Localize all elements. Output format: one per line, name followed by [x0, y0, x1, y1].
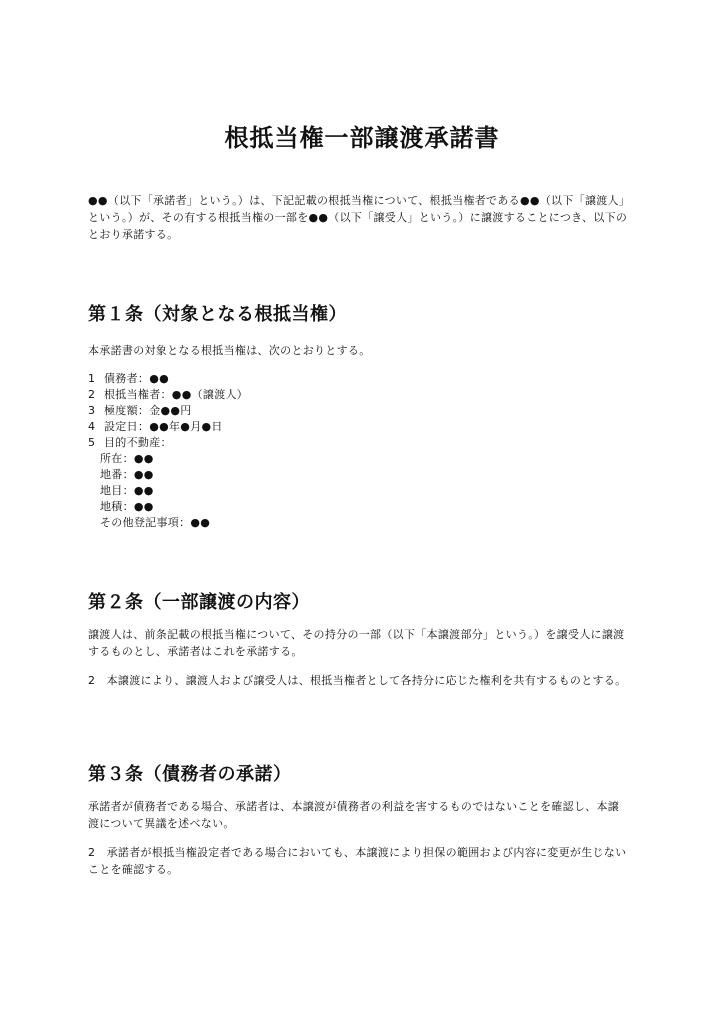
property-item: 地番：●● — [88, 467, 248, 483]
property-item: 所在：●● — [88, 451, 248, 467]
article1-text: 本承諾書の対象となる根抵当権は、次のとおりとする。 — [88, 342, 630, 359]
list-item: 5目的不動産： — [88, 435, 248, 451]
document-page: 根抵当権一部譲渡承諾書 ●●（以下「承諾者」という。）は、下記記載の根抵当権につ… — [0, 0, 724, 1024]
property-item: 地目：●● — [88, 483, 248, 499]
article1-items: 1債務者：●● 2根抵当権者：●●（譲渡人） 3極度額：金●●円 4設定日：●●… — [88, 371, 248, 531]
article3-paragraph-1: 承諾者が債務者である場合、承諾者は、本譲渡が債務者の利益を害するものではないこと… — [88, 798, 630, 832]
article3-paragraph-2: 2 承諾者が根抵当権設定者である場合においても、本譲渡により担保の範囲および内容… — [88, 844, 630, 878]
intro-paragraph: ●●（以下「承諾者」という。）は、下記記載の根抵当権について、根抵当権者である●… — [88, 192, 630, 243]
article2-paragraph-2: 2 本譲渡により、譲渡人および譲受人は、根抵当権者として各持分に応じた権利を共有… — [88, 672, 630, 689]
property-item: その他登記事項：●● — [88, 515, 248, 531]
list-item: 3極度額：金●●円 — [88, 403, 248, 419]
article2-heading: 第２条（一部譲渡の内容） — [88, 588, 310, 614]
article1-heading: 第１条（対象となる根抵当権） — [88, 300, 347, 326]
list-item: 2根抵当権者：●●（譲渡人） — [88, 387, 248, 403]
property-item: 地積：●● — [88, 499, 248, 515]
document-title: 根抵当権一部譲渡承諾書 — [0, 118, 724, 153]
list-item: 1債務者：●● — [88, 371, 248, 387]
article2-paragraph-1: 譲渡人は、前条記載の根抵当権について、その持分の一部（以下「本譲渡部分」という。… — [88, 626, 630, 660]
list-item: 4設定日：●●年●月●日 — [88, 419, 248, 435]
article3-heading: 第３条（債務者の承諾） — [88, 760, 292, 786]
